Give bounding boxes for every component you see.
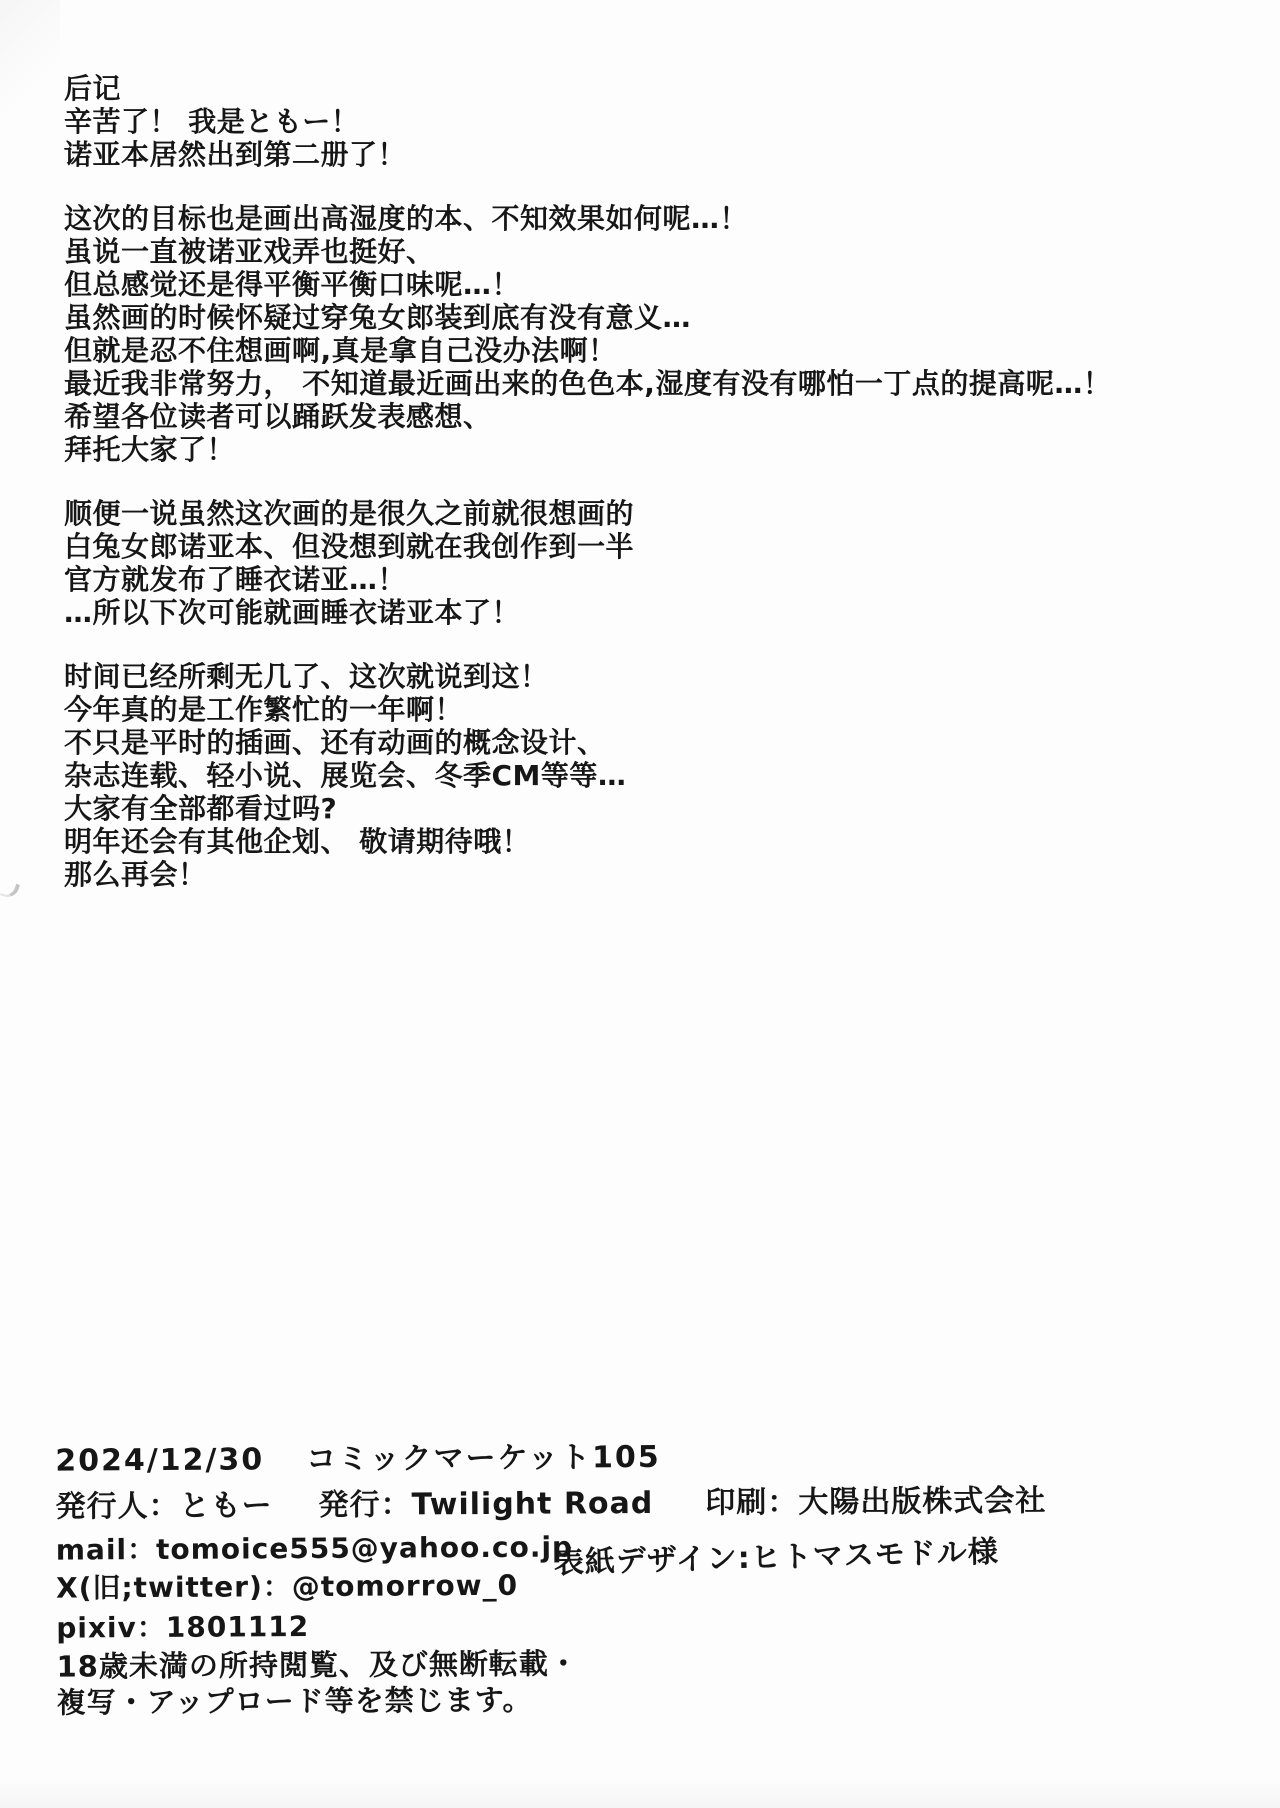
printer-label: 印刷：大陽出版株式会社 xyxy=(705,1484,1046,1521)
scan-artifact-corner xyxy=(0,0,60,120)
scanned-afterword-page: 后记 辛苦了！ 我是ともー！ 诺亚本居然出到第二册了！ 这次的目标也是画出高湿度… xyxy=(0,0,1280,1808)
afterword-line: 但就是忍不住想画啊,真是拿自己没办法啊！ xyxy=(64,334,1244,367)
scan-artifact-speck xyxy=(0,880,20,900)
afterword-line: 杂志连载、轻小说、展览会、冬季CM等等… xyxy=(64,759,1244,792)
colophon-pixiv-row: pixiv：1801112 xyxy=(56,1603,1236,1646)
event-date: 2024/12/30 xyxy=(55,1442,264,1478)
afterword-text-block: 后记 辛苦了！ 我是ともー！ 诺亚本居然出到第二册了！ 这次的目标也是画出高湿度… xyxy=(64,72,1244,891)
colophon-mail-row: mail：tomoice555@yahoo.co.jp 表紙デザイン:ヒトマスモ… xyxy=(56,1525,1236,1568)
afterword-line: 顺便一说虽然这次画的是很久之前就很想画的 xyxy=(64,497,1244,530)
afterword-paragraph-3: 顺便一说虽然这次画的是很久之前就很想画的 白兔女郎诺亚本、但没想到就在我创作到一… xyxy=(64,497,1244,629)
afterword-line: 这次的目标也是画出高湿度的本、不知效果如何呢…！ xyxy=(64,202,1244,235)
afterword-line: 不只是平时的插画、还有动画的概念设计、 xyxy=(64,726,1244,759)
afterword-line: 虽然画的时候怀疑过穿兔女郎装到底有没有意义… xyxy=(64,301,1244,334)
afterword-line: 官方就发布了睡衣诺亚…！ xyxy=(64,563,1244,596)
afterword-line: …所以下次可能就画睡衣诺亚本了！ xyxy=(64,596,1244,629)
afterword-line: 但总感觉还是得平衡平衡口味呢…！ xyxy=(64,268,1244,301)
publisher-label: 発行人：ともー xyxy=(55,1488,272,1524)
afterword-line: 时间已经所剩无几了、这次就说到这！ xyxy=(64,660,1244,693)
afterword-line: 那么再会！ xyxy=(64,858,1244,891)
x-account: X(旧;twitter)：@tomorrow_0 xyxy=(56,1569,518,1605)
afterword-line: 辛苦了！ 我是ともー！ xyxy=(64,105,1244,138)
afterword-paragraph-4: 时间已经所剩无几了、这次就说到这！ 今年真的是工作繁忙的一年啊！ 不只是平时的插… xyxy=(64,660,1244,891)
afterword-paragraph-2: 这次的目标也是画出高湿度的本、不知效果如何呢…！ 虽说一直被诺亚戏弄也挺好、 但… xyxy=(64,202,1244,466)
pixiv-id: pixiv：1801112 xyxy=(56,1610,309,1645)
afterword-line: 今年真的是工作繁忙的一年啊！ xyxy=(64,693,1244,726)
afterword-line: 诺亚本居然出到第二册了！ xyxy=(64,138,1244,171)
mail-address: mail：tomoice555@yahoo.co.jp xyxy=(56,1530,573,1566)
afterword-line: 拜托大家了！ xyxy=(64,433,1244,466)
afterword-line: 希望各位读者可以踊跃发表感想、 xyxy=(64,400,1244,433)
colophon-event-row: 2024/12/30コミックマーケット105 xyxy=(55,1436,1235,1479)
colophon-x-row: X(旧;twitter)：@tomorrow_0 xyxy=(56,1563,1236,1606)
scan-artifact-bottom-edge xyxy=(0,1778,1280,1808)
afterword-line: 虽说一直被诺亚戏弄也挺好、 xyxy=(64,235,1244,268)
afterword-line: 白兔女郎诺亚本、但没想到就在我创作到一半 xyxy=(64,530,1244,563)
colophon-notice-row-2: 複写・アップロード等を禁じます。 xyxy=(57,1677,1237,1720)
circle-label: 発行：Twilight Road xyxy=(318,1486,653,1523)
afterword-line: 最近我非常努力， 不知道最近画出来的色色本,湿度有没有哪怕一丁点的提高呢…！ xyxy=(64,367,1244,400)
event-name: コミックマーケット105 xyxy=(306,1440,661,1477)
reproduction-notice: 複写・アップロード等を禁じます。 xyxy=(57,1683,533,1720)
afterword-title: 后记 xyxy=(64,72,1244,105)
age-restriction-notice: 18歳未満の所持閲覧、及び無断転載・ xyxy=(56,1646,579,1683)
afterword-line: 明年还会有其他企划、 敬请期待哦！ xyxy=(64,825,1244,858)
colophon-block: 2024/12/30コミックマーケット105 発行人：ともー発行：Twiligh… xyxy=(55,1436,1237,1720)
afterword-line: 大家有全部都看过吗? xyxy=(64,792,1244,825)
colophon-publisher-row: 発行人：ともー発行：Twilight Road印刷：大陽出版株式会社 xyxy=(55,1482,1235,1525)
afterword-intro: 后记 辛苦了！ 我是ともー！ 诺亚本居然出到第二册了！ xyxy=(64,72,1244,171)
